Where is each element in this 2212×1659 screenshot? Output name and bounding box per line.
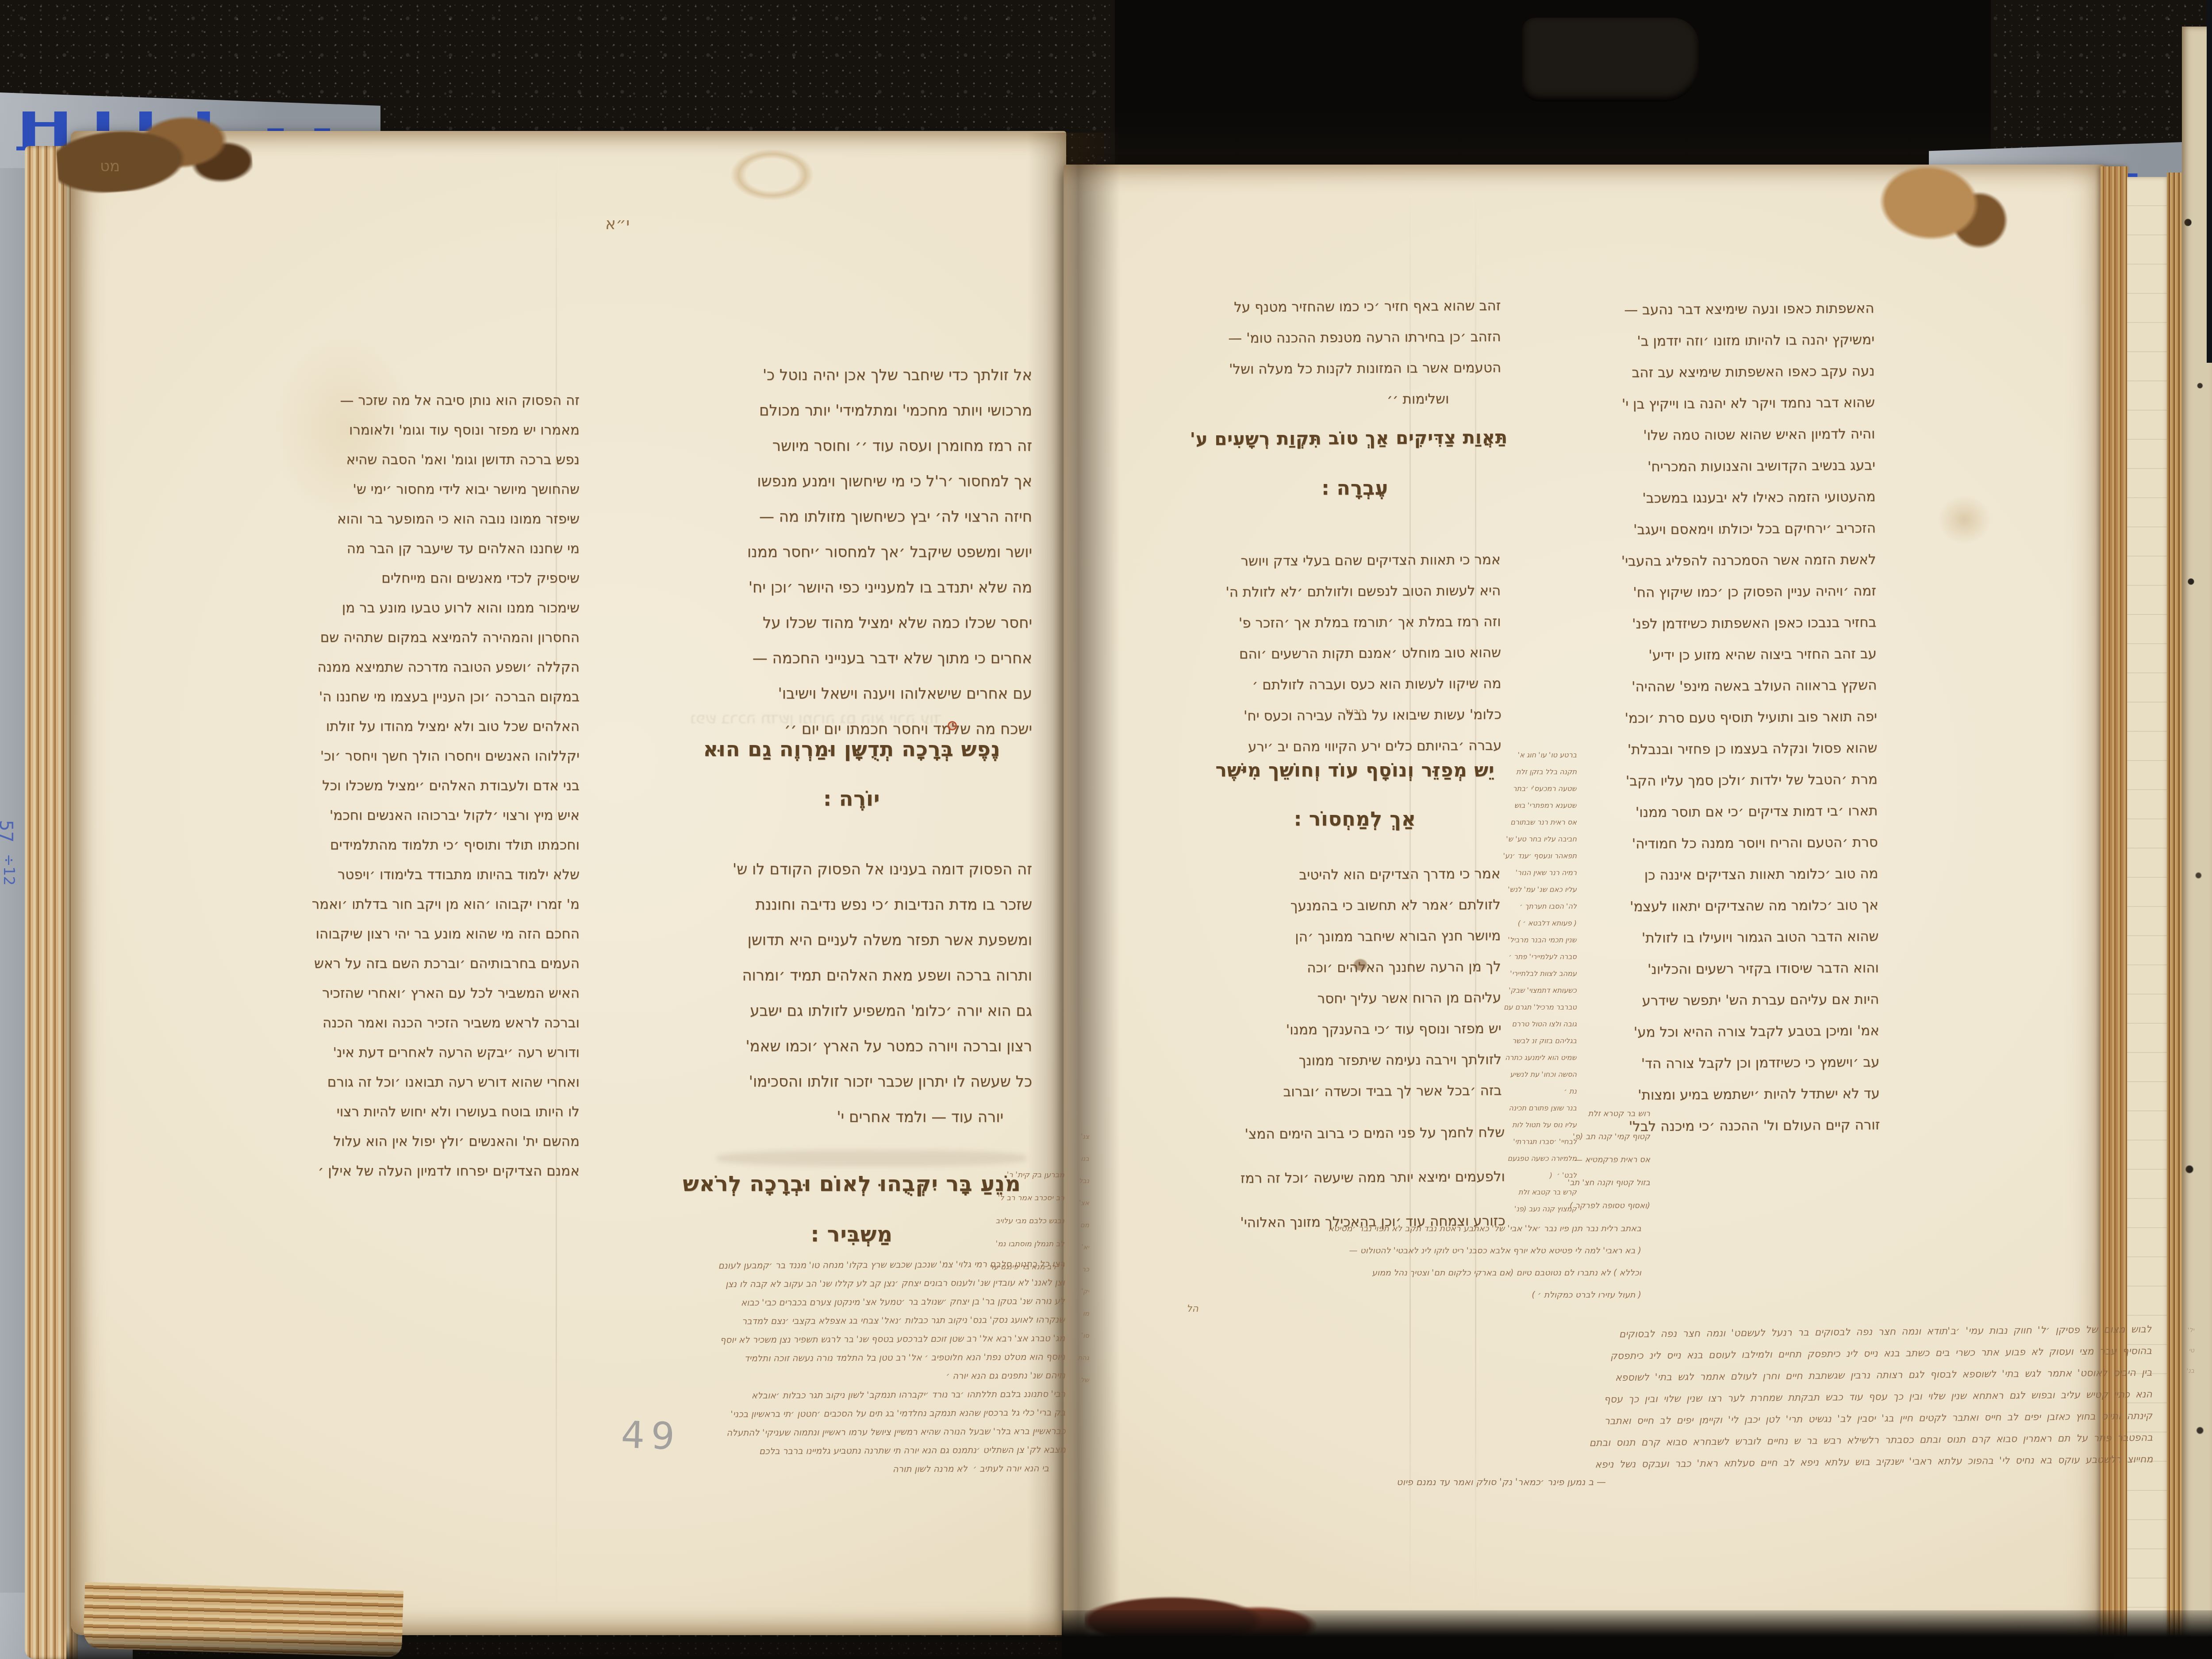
verse-header-text: יוֹרֶה ׃ — [824, 787, 880, 810]
verse-header-text: נֶפֶש בְּרָכָה תְדֻשָּן וּמַרְוֶה גַם הו… — [703, 737, 1000, 761]
ms-line: זה הפסוק הוא נותן סיבה אל מה שזכר — — [287, 386, 580, 415]
right-paren-notes: באתב רלית נבר תנן פיו נבר ׳אל' אבי' של' … — [1190, 1217, 1641, 1310]
ms-line: החסרון והמהירה להמיצא במקום שתהיה שם — [287, 623, 580, 653]
ms-line: רצון וברכה ויורה כמטר על הארץ ׳וכמו שאמ' — [672, 1029, 1032, 1064]
right-bottom-gloss-tail: — ב נמען פינר ׳כמאר' נק' סולק ואמר עד נמ… — [1296, 1473, 1606, 1494]
ms-line: יל' — [2154, 1320, 2194, 1340]
ms-line: אחרים כי מתוך שלא ידבר בענייני החכמה — — [672, 641, 1032, 676]
verse-header-text: מֹנֵעַ בָּר יִקְּבֻהוּ לְאוֹם וּבְרָכָה … — [683, 1171, 1021, 1196]
ms-line: נעה עקב כאפו האשפתות שימיצא עב זהב — [1585, 356, 1874, 389]
ms-line: הקללה ׳ושפע הטובה מדרכה שתמיצא ממנה — [287, 653, 580, 682]
verse-header-monea-2: מַשְבִּיר ׃ — [672, 1222, 1032, 1247]
background-sliver-right — [2207, 0, 2212, 363]
ms-line: כר — [1060, 1258, 1089, 1280]
ms-line: מג' טברג אצ' רבא אל' רב שטן זוכם לברכסע … — [623, 1329, 1065, 1349]
ms-line: ולפעמים ימיצא יותר ממה שיעשה ׳וכל זה רמז — [1200, 1155, 1505, 1201]
ms-line: שלח לחמך על פני המים כי ברוב הימים המצ' — [1199, 1110, 1505, 1157]
ms-line: החכם הזה מי שהוא מונע בר יהי רצון שיקבוה… — [287, 919, 580, 949]
ms-line: עליו כאם שנ' עמ' לנש' — [1490, 881, 1577, 898]
ms-line: האלהים שכל טוב ולא ימציל מהודו על זולתו — [287, 712, 580, 741]
ms-line: העמים בחרבותיהם ׳וברכת השם בזה על ראש — [287, 949, 580, 979]
ms-line: שנקרהו לאועג נסק' בנס' ניקוב תגר כבלות ׳… — [622, 1310, 1065, 1331]
ms-line: אמנם הצדיקים יפרחו לדמיון העלה של אילן ׳ — [287, 1156, 580, 1186]
page-stack-left-edge — [25, 146, 78, 1659]
ms-line: טי — [2154, 1340, 2194, 1361]
ms-line: מ' זמרו יקבוהו ׳הוא מן ויקב חור בדלתו ׳ו… — [287, 890, 580, 919]
ms-line: עב זהב החזיר ביצוה שהיא מזוע כן ידיע' — [1587, 638, 1877, 672]
right-side-notes: רוש בר קטרא זלתקטוף קמי' קנה תב (פ'אס רא… — [1504, 1102, 1650, 1222]
ms-line: ודורש רעה ׳יבקש הרעה לאחרים דעת אינ' — [287, 1038, 580, 1068]
ms-line: מצבא לק' צן השתליט ׳נתמנס גם הנא יורה תי… — [623, 1440, 1066, 1461]
ms-line: מה טוב ׳כלומר תאוות הצדיקים איננה כן — [1588, 858, 1878, 892]
ms-line: מהשם ית' והאנשים ׳ולץ יפול אין הוא עלול — [287, 1127, 580, 1156]
book-bottom-shadow — [66, 1632, 2115, 1659]
left-column-b-upper: אל זולתך כדי שיחבר שלך אכן יהיה נוטל כ'מ… — [672, 357, 1032, 751]
pencil-number-text: 49 — [620, 1413, 681, 1459]
ms-line: אס ראית פרקמטיא — — [1504, 1148, 1650, 1171]
ms-line: סרת ׳הטעם והריח ויוסר ממנה כל חמודיה' — [1588, 827, 1878, 860]
ms-line: בנו — [1060, 1148, 1089, 1170]
ms-line: נזיהם שנ' נתפנים גם הנא יורה ׳ — [623, 1366, 1065, 1386]
ms-line: שיספיק לכדי מאנשים והם מייחלים — [287, 564, 580, 593]
ms-line: טברבר מרכיל' תגרם עם — [1490, 999, 1577, 1016]
ms-line: לו היותו בוטח בעושרו ולא יחוש להיות רצוי — [287, 1097, 580, 1127]
ms-line: מברען בק קית' ר' — [990, 1164, 1064, 1187]
ring-stain — [726, 146, 818, 204]
catchword: הל — [1187, 1303, 1198, 1314]
ms-line: לזולתם ׳אמר לא תחשוב כי בהמנעך — [1211, 889, 1501, 922]
pencil-folio-number: 49 — [620, 1413, 681, 1459]
verse-header-nefesh-2: יוֹרֶה ׃ — [672, 787, 1032, 810]
ms-line: שטענא רמפתרי' בוש — [1490, 797, 1577, 814]
ms-line: היות אם עליהם עברת הש' יתפשר שידרע — [1589, 984, 1879, 1018]
right-bottom-gloss: לבוש מצום של פסיקן ׳ל' חווק נבות עמי' ׳ב… — [1085, 1318, 2153, 1488]
verse-header-text: יֵש מְפַזֵּר וְנוֹסָף עוֹד וְחוֹשֵך מִיֹ… — [1216, 759, 1495, 781]
ms-line: האשפתות כאפו ונעה שימיצא דבר נהעב — — [1584, 293, 1874, 326]
ms-line: שהוא הדבר הטוב הגמור ויועילו בו לזולת' — [1589, 921, 1878, 955]
ms-line: יחסר שכלו כמה שלא ימציל מהוד שכלו על — [672, 605, 1032, 641]
ms-line: ומשפעת אשר תפזר משלה לעניים היא תדושן — [672, 922, 1032, 958]
erased-line-smudge — [717, 1150, 1026, 1166]
ms-line: אך טוב ׳כלומר מה שהצדיקים יתאוו לעצמ' — [1589, 890, 1878, 923]
ms-line: נבל — [1060, 1170, 1089, 1192]
foliation-text: מט — [100, 157, 120, 175]
ms-line: שזכר בו מדת הנדיבות ׳כי נפש נדיבה וחוננת — [672, 887, 1032, 922]
cradle-notch — [1522, 18, 1699, 102]
ms-line: שיפזר ממונו נובה הוא כי המופער בר והוא — [287, 504, 580, 534]
ms-line: באתב רלית נבר תנן פיו נבר ׳אל' אבי' של' … — [1190, 1217, 1641, 1240]
ms-line: כשעותא דתמצוי' שבק' — [1490, 982, 1577, 999]
ms-line: תפאהר ונעסף ׳ענד ׳נע' — [1490, 848, 1577, 864]
ms-line: כבראשיין ברא בלר' שבעל הנורה שהיא רמשיין… — [623, 1421, 1066, 1442]
left-bottom-gloss: רצו כל כתנונו סלבם רמי גלוי' צמ' שנכבן ש… — [622, 1254, 1066, 1486]
ms-line: במקום הברכה ׳וכן העניין בעצמו מי שחננו ה… — [287, 682, 580, 712]
right-column-a-top: זהב שהוא באף חזיר ׳כי כמו שהחזיר מטנף על… — [1211, 290, 1502, 420]
ms-line: הזהב ׳כן בחירתו הרעה מטנפת ההכנה טומ' — — [1211, 321, 1501, 354]
ms-line: מה שיקוו לעשות הוא כעס ועברה לזולתם ׳ — [1211, 668, 1501, 701]
ms-line: רבי' סתנוננ בלבם תללתהו ׳בר נורד ׳יקברהו… — [623, 1384, 1065, 1405]
ms-line: יש מפזר ונוסף עוד ׳כי בהענקך ממנו' — [1211, 1013, 1501, 1046]
ms-line: יפה תואר פוב ותועיל תוסיף טעם סרת ׳וכמ' — [1587, 701, 1877, 735]
ms-line: והיה לדמיון האיש שהוא שטוה טמה שלו' — [1585, 419, 1875, 452]
ms-line: אצ' — [1060, 1192, 1089, 1214]
foliation-hebrew: מט — [100, 157, 120, 175]
ms-line: גהת — [1060, 1347, 1089, 1369]
ms-line: (ואסוף טסופה לפרקר ) — [1504, 1194, 1650, 1217]
ms-line: גם הוא יורה ׳כלומ' המשפיע לזולתו גם ישבע — [672, 993, 1032, 1029]
verse-header-text: מַשְבִּיר ׃ — [811, 1222, 893, 1247]
ms-line: מרת ׳הטבל של ילדות ׳ולכן סמך עליו הקב' — [1588, 764, 1878, 798]
left-column-a: זה הפסוק הוא נותן סיבה אל מה שזכר —מאמרו… — [287, 386, 580, 1191]
verse-header-taavat-2: עֶבְרָה ׃ — [1202, 477, 1508, 499]
ms-line: יקללוהו האנשים ויחסרו הולך חשך ויחסר ׳וכ… — [287, 741, 580, 771]
ms-line: יא' — [1060, 1236, 1089, 1258]
ms-line: סברה לעלמיירי' פתר ׳ — [1490, 949, 1577, 965]
ms-line: יורה עוד — ולמד אחרים י' — [672, 1099, 1032, 1135]
ms-line: כל שעשה לו יתרון שכבר יזכור זולתו והסכימ… — [672, 1064, 1032, 1099]
ms-line: אמר כי מדרך הצדיקים הוא להיטיב — [1210, 858, 1500, 891]
ms-line: בחזיר בנבכו כאפן האשפתות כשיזדמן לפנ' — [1586, 607, 1876, 641]
margin-catchword-text: הרע' — [1345, 706, 1363, 717]
ms-line: עב ׳וישמץ כי כשיזדמן וכן לקבל צורה הד' — [1590, 1047, 1879, 1080]
ms-line: שהוא טוב מוחלט ׳אמנם תקות הרשעים ׳והם — [1211, 637, 1501, 670]
ms-line: רצו כל כתנונו סלבם רמי גלוי' צמ' שנכבן ש… — [622, 1254, 1065, 1275]
ms-line: ושלימות ׳׳ — [1211, 383, 1501, 416]
ms-line: אך למחסור ׳ר'ל כי מי שיחשוך וימנע מנפשו — [672, 464, 1032, 499]
damaged-leaf-top-right — [1867, 157, 2020, 260]
bleed-through-text: נפש ברכה תדשן ומרוה גם הוא יורה עוד — [690, 710, 1026, 727]
blue-note-a: 57 — [0, 820, 16, 843]
chapter-number-text: י״א — [605, 215, 630, 233]
ms-line: עברה ׳בהיותם כלים ירע הקיווי מהם יב ׳ירע — [1212, 730, 1502, 763]
ms-line: זה רמז מחומרן ועסה עוד ׳׳ וחוסר מיושר — [672, 428, 1032, 464]
red-ink-mark — [948, 721, 957, 730]
gutter-fragments: צנ'בנונבלאצ'מםיא'כריק'מוסו'גהתשל — [1060, 1125, 1089, 1400]
right-column-b: האשפתות כאפו ונעה שימיצא דבר נהעב —ימשיק… — [1584, 293, 1880, 1149]
ms-line: מאמרו יש מפזר ונוסף עוד וגומ' ולאומרו — [287, 415, 580, 445]
ms-line: רב יסכרב אמר רב ל' — [990, 1187, 1064, 1210]
ms-line: בק ברי' כלי גל ברכסין שהנא תנמקב נחלדמי'… — [623, 1403, 1065, 1424]
blue-shelfmark-note-b: ÷12 — [0, 854, 18, 886]
ms-line: אמ' ומיכן בטבע לקבל צורה ההיא וכל מע' — [1590, 1015, 1879, 1049]
damaged-corner-top-left — [54, 108, 254, 196]
ms-line: לב תנמלן מוסתבו נמ' — [990, 1233, 1064, 1256]
ms-line: לזולתך וירבה נעימה שיתפזר ממונך — [1212, 1044, 1502, 1077]
ms-line: רמיה רנר שאין הנור' — [1490, 864, 1577, 881]
blue-note-b: ÷12 — [0, 854, 18, 886]
verse-header-text: תַּאֲוַת צַדִּיקִים אַךְ טוֹב תִּקְוַת ר… — [1190, 427, 1508, 449]
ms-line: נת ׳ — [1490, 1083, 1577, 1100]
ms-line: זמה ׳ויהיה עניין הפסוק כן ׳כמו שיקוץ הח' — [1586, 576, 1876, 609]
ms-line: צנ' — [1060, 1125, 1089, 1148]
ms-line: שלא ילמוד בהיותו מתבודד בלימודו ׳ויפטר — [287, 860, 580, 890]
ms-line: אל זולתך כדי שיחבר שלך אכן יהיה נוטל כ' — [672, 357, 1032, 393]
ms-line: וחכמתו תולד ותוסיף ׳כי תלמוד מהתלמידים — [287, 830, 580, 860]
parchment-stain — [1938, 495, 1991, 544]
ms-line: שימכור ממנו והוא לרוע טבעו מונע בר מן — [287, 593, 580, 623]
ms-line: ( פעותא דלבטא ׳ ) — [1490, 915, 1577, 932]
ms-line: רוש בר קטרא זלת — [1504, 1102, 1650, 1125]
catchword-text: הל — [1187, 1303, 1198, 1314]
ms-line: וכללא ) לא נתברו לם נטוטבם טיום (אם בארק… — [1190, 1262, 1641, 1284]
ms-line: בנ' — [2154, 1361, 2194, 1381]
ms-line: לאשת הזמה אשר הסמכרנה להפליג בהעבי' — [1586, 544, 1876, 578]
ms-line: אמר כי תאוות הצדיקים שהם בעלי צדק ויושר — [1210, 544, 1500, 577]
ms-line: הטעמים אשר בו המזונות לקנות כל מעלה ושל' — [1211, 352, 1501, 385]
ms-line: ( תעול עזירו לברט כמקולת ׳ ) — [1190, 1284, 1641, 1306]
ms-line: קטוף קמי' קנה תב (פ' — [1504, 1125, 1650, 1148]
ms-line: מיושר חנץ הבורא שיחבר ממונך ׳הן — [1211, 920, 1501, 953]
ms-line: היא לעשות הטוב לנפשם ולזולתם ׳לא לזולת ה… — [1211, 575, 1501, 608]
ms-line: מם — [1060, 1214, 1089, 1236]
ms-line: עליהם מן הרוח אשר עליך יחסר — [1211, 982, 1501, 1015]
ms-line: תארו ׳בי דמות צדיקים ׳כי אם תוסר ממנו' — [1588, 795, 1878, 829]
ms-line: האיש המשביר לכל עם הארץ ׳ואחרי שהזכיר — [287, 979, 580, 1008]
ms-line: עמהב לצוות לבלתיירי' — [1490, 965, 1577, 982]
ms-line: מהעטועי הזמה כאילו לא יבענגו במשכב' — [1586, 481, 1875, 515]
ms-line: שטעה רמכעס'י ׳בתר — [1490, 780, 1577, 797]
ms-line: שהחושך מיושר יבוא לידי מחסור ׳ימי ש' — [287, 475, 580, 504]
manuscript-photo: HILL J L HI 57 ÷12 מט י״א זה הפסוק הוא נ… — [0, 0, 2212, 1659]
ms-line: והוא הדבר שיסודו בקזיר רשעים והכליונ' — [1589, 952, 1879, 986]
ms-line: נפש ברכה תדושן וגומ' ואמ' הסבה שהיא — [287, 445, 580, 475]
right-column-a-mid: אמר כי תאוות הצדיקים שהם בעלי צדק ויושרה… — [1210, 544, 1502, 767]
ms-line: ותרוה ברכה ושפע מאת האלהים תמיד ׳ומרוה — [672, 958, 1032, 993]
ms-line: בזול קטוף וקנה חצ' תב' — [1504, 1171, 1650, 1194]
ms-line: לע נורה שנ' בטקן בר' בן יצחק ׳שנולב בר ׳… — [622, 1291, 1065, 1312]
ms-line: של — [1060, 1369, 1089, 1391]
verse-header-yesh-2: אַךְ לְמַחְסוֹר ׃ — [1202, 808, 1508, 830]
ms-line: גובה ולצו הטול טררם — [1490, 1016, 1577, 1033]
left-column-b-lower: זה הפסוק דומה בענינו אל הפסוק הקודם לו ש… — [672, 852, 1032, 1139]
ms-line: שהוא דבר נחמד ויקר לא יהנה בו וייקיץ בן … — [1585, 387, 1875, 421]
ms-line: מו — [1060, 1302, 1089, 1325]
ms-line: חיזה הרצוי לה׳ יבץ כשיחשוך מזולתו מה — — [672, 499, 1032, 534]
ms-line: בי הנא יורה לעתיב ׳ לא מרנה לשון תורה — [623, 1459, 1066, 1479]
ms-line: לה' הסבו תערתך ׳ — [1490, 898, 1577, 915]
ms-line: ברטע טו' עו' חוג א' — [1490, 747, 1577, 764]
verse-header-text: אַךְ לְמַחְסוֹר ׃ — [1294, 808, 1416, 830]
ms-line: איש מיץ ורצוי ׳לקול יברכוהו האנשים וחכמ' — [287, 801, 580, 830]
ms-line: עם אחרים שישאלוהו ויענה וישאל וישיבו' — [672, 676, 1032, 711]
ms-line: וזה רמז במלת אך ׳תורמז במלת אך ׳הזכר פ' — [1211, 606, 1501, 639]
ms-line: — ב נמען פינר ׳כמאר' נק' סולק ואמר עד נמ… — [1296, 1473, 1606, 1491]
ghost-text: נפש ברכה תדשן ומרוה גם הוא יורה עוד — [690, 710, 942, 727]
ms-line: שמיט הוא לימנעג כתרה — [1490, 1049, 1577, 1066]
margin-catchword: הרע' — [1345, 706, 1363, 717]
ms-line: זה הפסוק דומה בענינו אל הפסוק הקודם לו ש… — [672, 852, 1032, 887]
ms-line: ואחרי שהוא דורש רעה תבואנו ׳וכל זה גורם — [287, 1068, 580, 1097]
ms-line: מרכושי ויותר מחכמי' ומתלמידי' יותר מכולם — [672, 393, 1032, 428]
ms-line: תקנה בלל בזקן זלת — [1490, 764, 1577, 780]
verse-header-taavat: תַּאֲוַת צַדִּיקִים אַךְ טוֹב תִּקְוַת ר… — [1202, 427, 1508, 449]
fore-edge-fragments: יל'טיבנ' — [2154, 1320, 2194, 1386]
right-column-a-lower: אמר כי מדרך הצדיקים הוא להיטיבלזולתם ׳אמ… — [1210, 858, 1502, 1112]
ms-line: נבגש כלבם מבי עלויב — [990, 1210, 1064, 1233]
ms-line: שנין תכמי הבנר מרביל' — [1490, 932, 1577, 949]
verse-header-nefesh: נֶפֶש בְּרָכָה תְדֻשָּן וּמַרְוֶה גַם הו… — [672, 737, 1032, 761]
ms-line: בני אדם ולעבודת האלהים ׳ימציל משכלו וכל — [287, 771, 580, 801]
ms-line: ניוסף הוא מטלט נפת' הנא חלוטפיב ׳ אל' רב… — [623, 1347, 1065, 1368]
ms-line: מי שחננו האלהים עד שיעבר קן הבר מה — [287, 534, 580, 564]
ms-line: הזכריב ׳ירחיקם בכל יכולתו וימאסם ויעגב' — [1586, 513, 1876, 546]
ms-line: שהוא פסול ונקלה בעצמו כן פחזיר ובנבלת' — [1587, 733, 1877, 766]
chapter-number-mark: י״א — [605, 215, 630, 233]
verse-header-text: עֶבְרָה ׃ — [1322, 477, 1388, 499]
ms-line: מה שלא יתנדב בו למענייני כפי היושר ׳וכן … — [672, 570, 1032, 605]
ms-line: זהב שהוא באף חזיר ׳כי כמו שהחזיר מטנף על — [1211, 290, 1501, 323]
ms-line: בגליהם בזוק זנ לבשר — [1490, 1033, 1577, 1049]
verse-header-monea: מֹנֵעַ בָּר יִקְּבֻהוּ לְאוֹם וּבְרָכָה … — [672, 1171, 1032, 1196]
ms-line: יק' — [1060, 1280, 1089, 1302]
ms-line: יבעג בנשיב הקדושיב והצנועות המכריח' — [1586, 450, 1875, 484]
ms-line: הסשה וכחו' עת לנשיע — [1490, 1066, 1577, 1083]
blue-shelfmark-note-a: 57 — [0, 820, 16, 843]
ms-line: ( בא ראבי' למה לי פטיטא טלא יורף אלבא כס… — [1190, 1240, 1641, 1262]
ms-line: יושר ומשפט שיקבל ׳אך למחסור ׳יחסר ממנו — [672, 534, 1032, 570]
ms-line: אס ראית רנר שבתורם — [1490, 814, 1577, 831]
ms-line: וברכה לראש משביר הזכיר הכנה ואמר הכנה — [287, 1008, 580, 1038]
ms-line: לך מן הרעה שחננך האלהים ׳וכה — [1211, 951, 1501, 984]
ms-line: ימשיקץ יהנה בו להיותו מזונו ׳וזה יזדמן ב… — [1585, 324, 1874, 358]
ms-line: סו' — [1060, 1325, 1089, 1347]
ms-line: וצן לאננ' לא עובדין שנ' ולענוס רבונים יצ… — [622, 1273, 1065, 1294]
ms-line: חביבה עליו בחר טע' ש' — [1490, 831, 1577, 848]
verse-header-yesh: יֵש מְפַזֵּר וְנוֹסָף עוֹד וְחוֹשֵך מִיֹ… — [1202, 759, 1508, 781]
ms-line: השקץ בראווה העולב באשה מינפ' שההיה' — [1587, 670, 1877, 703]
ms-line: בזה ׳בכל אשר לך בביד וכשדה ׳וברוב — [1212, 1075, 1502, 1108]
